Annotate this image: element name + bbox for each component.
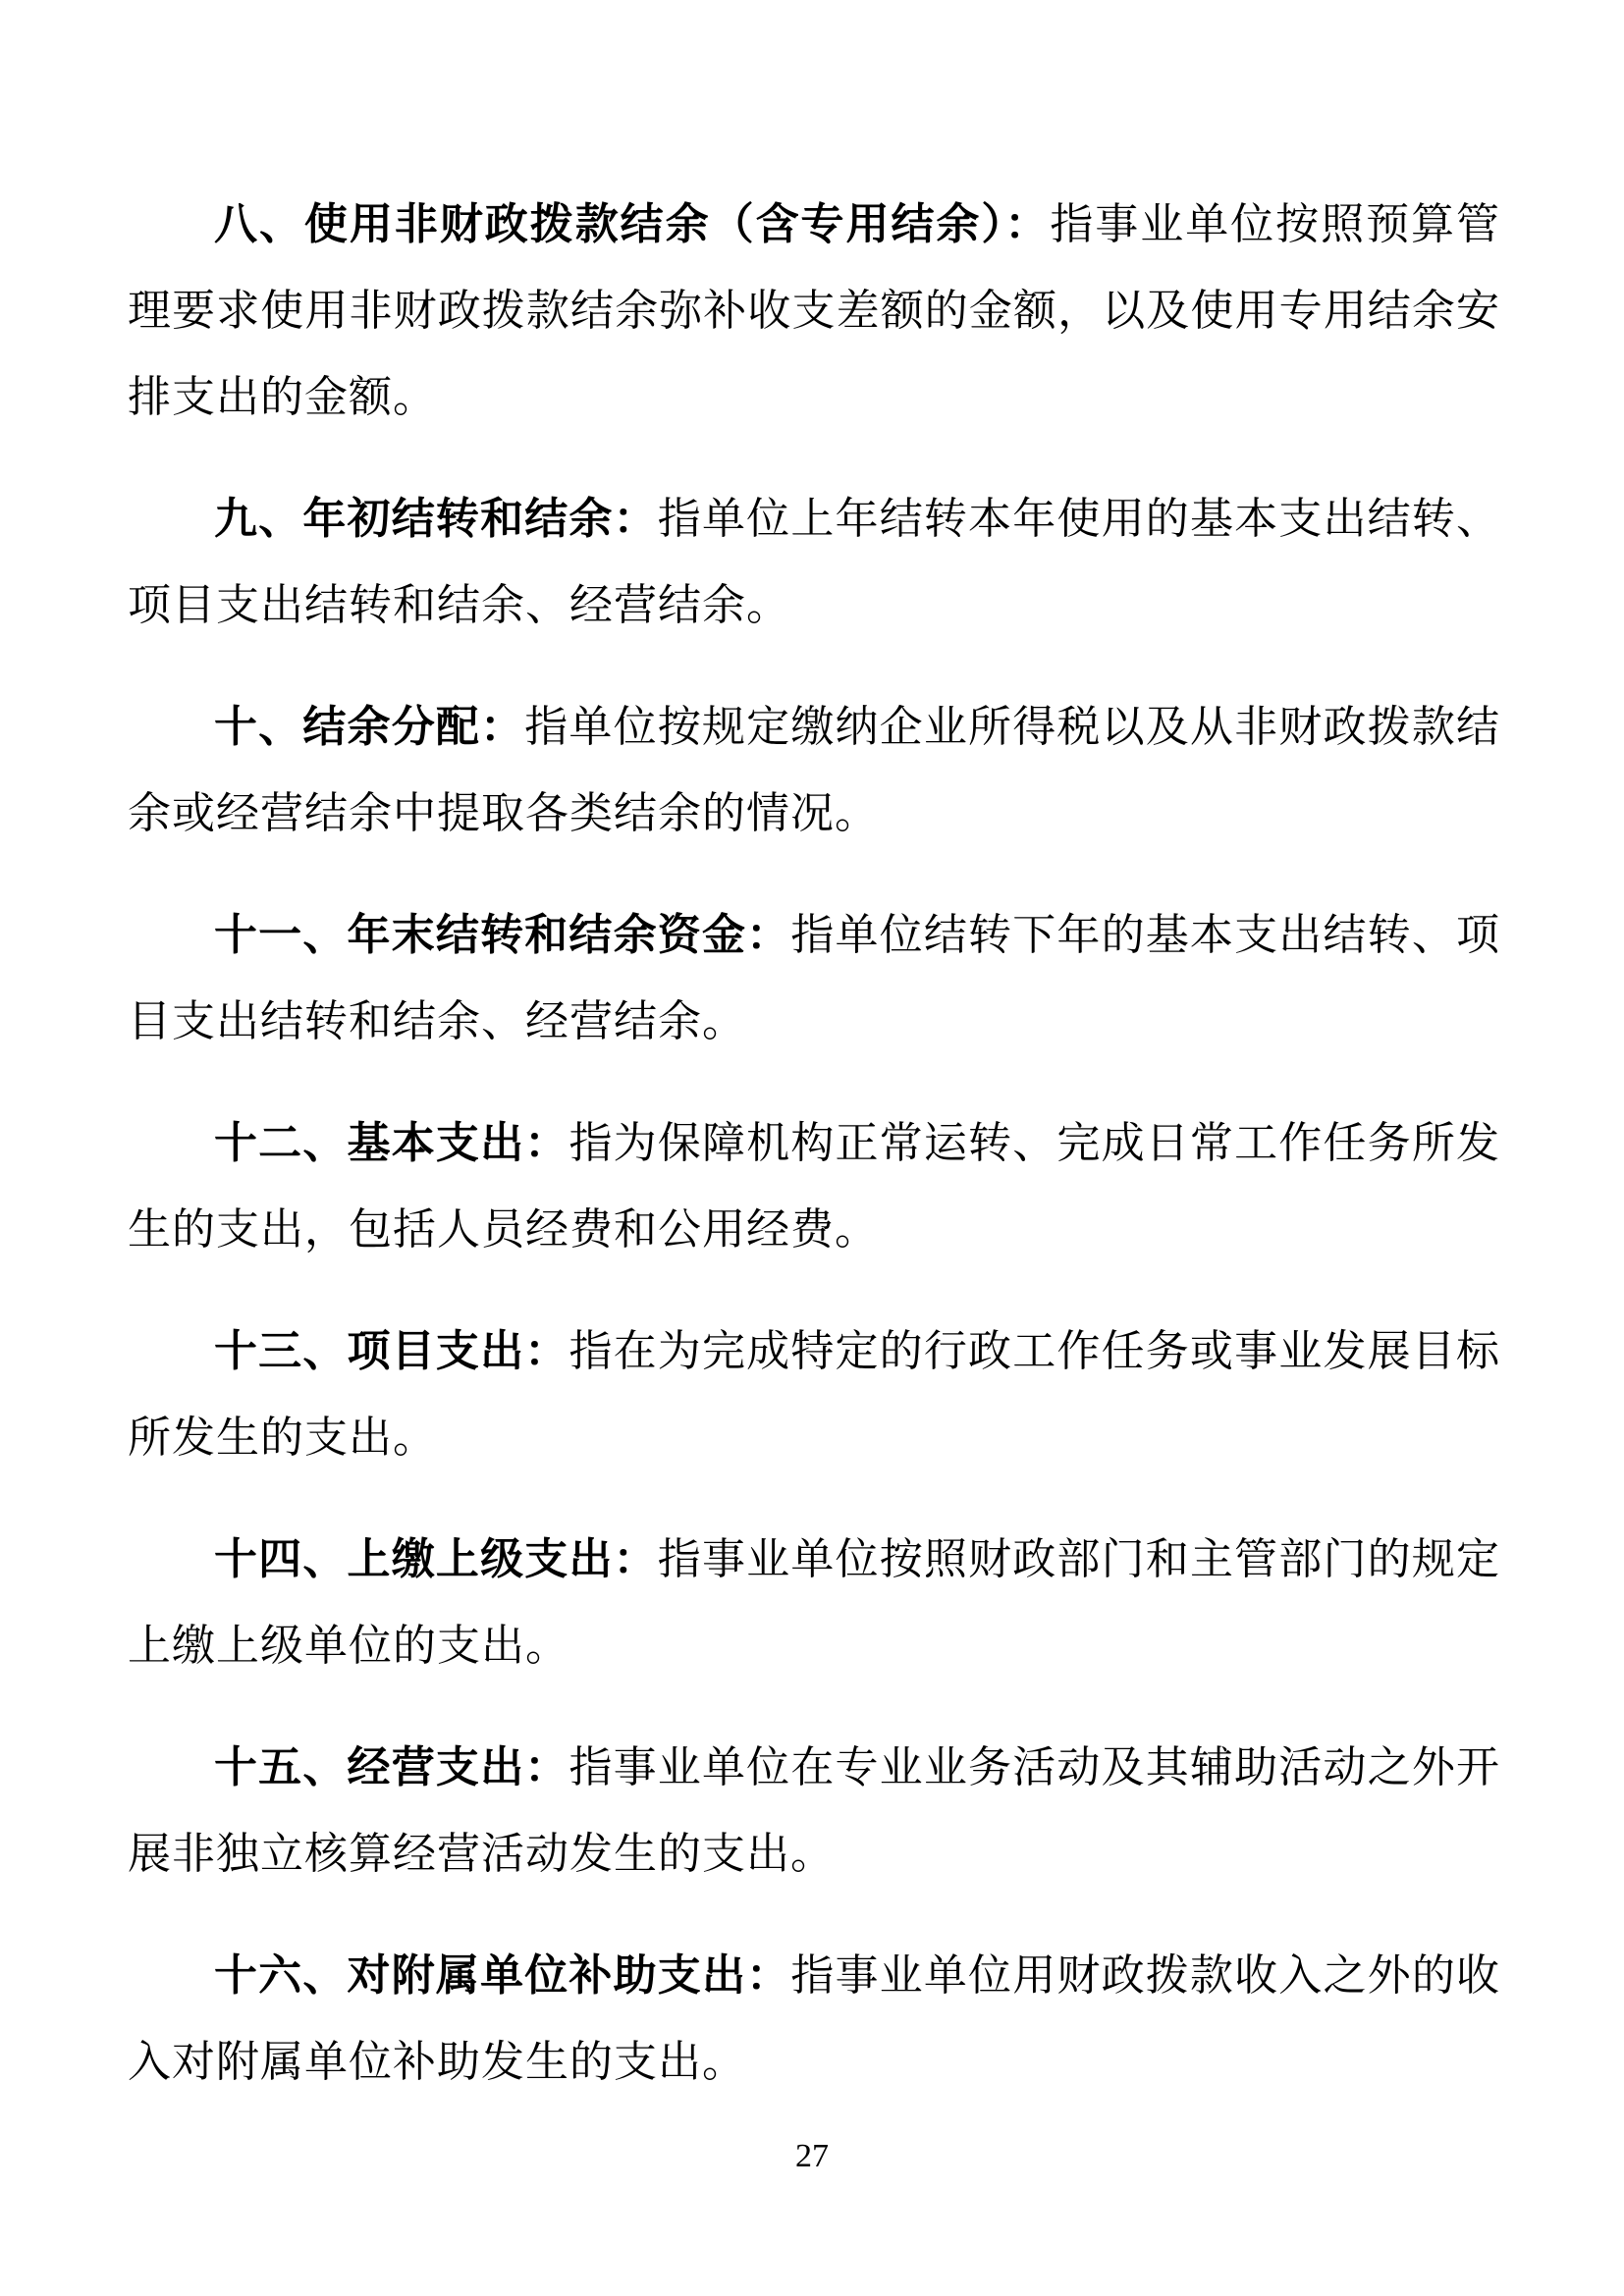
definition-paragraph-11: 十一、年末结转和结余资金：指单位结转下年的基本支出结转、项目支出结转和结余、经营… bbox=[128, 892, 1500, 1065]
term-text: 十三、项目支出： bbox=[214, 1327, 568, 1375]
term-text: 十、结余分配： bbox=[214, 703, 524, 751]
term-text: 十四、上缴上级支出： bbox=[214, 1535, 658, 1583]
term-text: 八、使用非财政拨款结余（含专用结余）： bbox=[214, 200, 1050, 248]
term-text: 九、年初结转和结余： bbox=[214, 495, 658, 543]
definition-paragraph-9: 九、年初结转和结余：指单位上年结转本年使用的基本支出结转、项目支出结转和结余、经… bbox=[128, 476, 1500, 649]
page-number: 27 bbox=[0, 2138, 1624, 2175]
document-page: 八、使用非财政拨款结余（含专用结余）：指事业单位按照预算管理要求使用非财政拨款结… bbox=[0, 0, 1624, 2296]
term-text: 十六、对附属单位补助支出： bbox=[214, 1951, 790, 2000]
definition-paragraph-10: 十、结余分配：指单位按规定缴纳企业所得税以及从非财政拨款结余或经营结余中提取各类… bbox=[128, 684, 1500, 857]
term-text: 十二、基本支出： bbox=[214, 1119, 568, 1167]
definition-paragraph-8: 八、使用非财政拨款结余（含专用结余）：指事业单位按照预算管理要求使用非财政拨款结… bbox=[128, 182, 1500, 441]
term-text: 十五、经营支出： bbox=[214, 1743, 568, 1791]
definition-paragraph-13: 十三、项目支出：指在为完成特定的行政工作任务或事业发展目标所发生的支出。 bbox=[128, 1308, 1500, 1481]
definition-paragraph-16: 十六、对附属单位补助支出：指事业单位用财政拨款收入之外的收入对附属单位补助发生的… bbox=[128, 1933, 1500, 2106]
document-body: 八、使用非财政拨款结余（含专用结余）：指事业单位按照预算管理要求使用非财政拨款结… bbox=[0, 0, 1624, 2106]
definition-paragraph-15: 十五、经营支出：指事业单位在专业业务活动及其辅助活动之外开展非独立核算经营活动发… bbox=[128, 1725, 1500, 1897]
definition-paragraph-12: 十二、基本支出：指为保障机构正常运转、完成日常工作任务所发生的支出，包括人员经费… bbox=[128, 1100, 1500, 1273]
definition-paragraph-14: 十四、上缴上级支出：指事业单位按照财政部门和主管部门的规定上缴上级单位的支出。 bbox=[128, 1517, 1500, 1689]
term-text: 十一、年末结转和结余资金： bbox=[214, 911, 790, 959]
